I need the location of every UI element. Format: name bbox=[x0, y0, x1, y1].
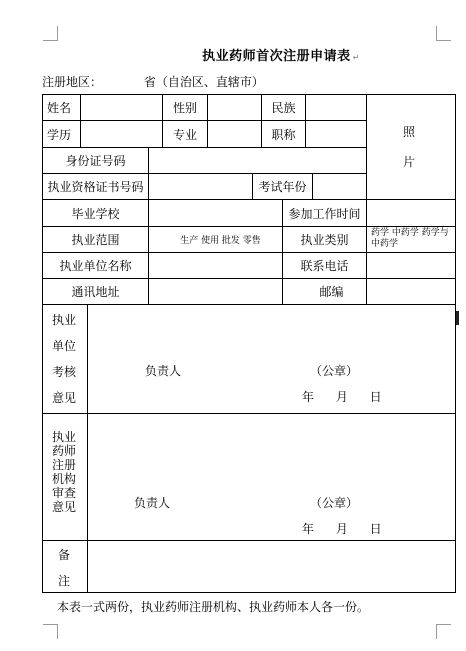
cert-number-label: 执业资格证书号码 bbox=[43, 174, 148, 199]
registry-review-label: 执业 药师 注册 机构 审查 意见 bbox=[52, 430, 76, 514]
photo-label-2: 片 bbox=[403, 153, 415, 170]
region-suffix: 省（自治区、直辖市） bbox=[144, 75, 264, 89]
unit-seal-label: （公章） bbox=[310, 362, 358, 379]
page-corner-top-left bbox=[43, 26, 58, 41]
major-field[interactable] bbox=[208, 121, 261, 147]
scope-label: 执业范围 bbox=[43, 227, 148, 252]
region-label: 注册地区： bbox=[42, 75, 102, 89]
footer-note: 本表一式两份，执业药师注册机构、执业药师本人各一份。 bbox=[57, 598, 369, 615]
work-start-label: 参加工作时间 bbox=[283, 200, 366, 226]
exam-year-label: 考试年份 bbox=[253, 174, 312, 199]
id-number-field[interactable] bbox=[149, 148, 366, 173]
page-corner-top-right bbox=[436, 26, 451, 41]
postcode-field[interactable] bbox=[367, 279, 455, 304]
unit-date-label: 年 月 日 bbox=[302, 388, 382, 405]
ethnicity-field[interactable] bbox=[306, 95, 366, 120]
address-field[interactable] bbox=[149, 279, 282, 304]
employer-label: 执业单位名称 bbox=[43, 253, 148, 278]
category-options[interactable]: 药学 中药学 药学与中药学 bbox=[367, 227, 455, 252]
exam-year-field[interactable] bbox=[313, 174, 366, 199]
registry-date-label: 年 月 日 bbox=[302, 520, 382, 537]
name-field[interactable] bbox=[81, 95, 162, 120]
unit-review-field[interactable]: 负责人 （公章） 年 月 日 bbox=[88, 305, 455, 413]
employer-field[interactable] bbox=[149, 253, 282, 278]
school-field[interactable] bbox=[149, 200, 282, 226]
major-label: 专业 bbox=[163, 121, 207, 147]
photo-label-1: 照 bbox=[403, 123, 415, 140]
registry-seal-label: （公章） bbox=[310, 494, 358, 511]
photo-box[interactable]: 照 片 bbox=[367, 95, 455, 199]
unit-responsible-label: 负责人 bbox=[145, 362, 181, 379]
address-label: 通讯地址 bbox=[43, 279, 148, 304]
work-start-field[interactable] bbox=[367, 200, 455, 226]
page-corner-bottom-right bbox=[436, 624, 451, 639]
page-corner-bottom-left bbox=[43, 624, 58, 639]
phone-field[interactable] bbox=[367, 253, 455, 278]
unit-review-label: 执业 单位 考核 意见 bbox=[52, 307, 76, 411]
postcode-label: 邮编 bbox=[283, 279, 366, 304]
document-title: 执业药师首次注册申请表↵ bbox=[0, 45, 466, 64]
registry-review-field[interactable]: 负责人 （公章） 年 月 日 bbox=[88, 414, 455, 540]
remarks-label-1: 备 bbox=[58, 546, 70, 563]
scope-options[interactable]: 生产 使用 批发 零售 bbox=[149, 227, 282, 252]
category-label: 执业类别 bbox=[283, 227, 366, 252]
id-number-label: 身份证号码 bbox=[43, 148, 148, 173]
remarks-field[interactable] bbox=[88, 541, 455, 592]
school-label: 毕业学校 bbox=[43, 200, 148, 226]
paragraph-mark-icon: ↵ bbox=[353, 53, 360, 62]
registration-region: 注册地区： 省（自治区、直辖市） bbox=[42, 73, 264, 90]
text-cursor bbox=[456, 311, 459, 325]
registry-responsible-label: 负责人 bbox=[134, 494, 170, 511]
gender-label: 性别 bbox=[163, 95, 207, 120]
phone-label: 联系电话 bbox=[283, 253, 366, 278]
cert-number-field[interactable] bbox=[149, 174, 252, 199]
job-title-label: 职称 bbox=[262, 121, 305, 147]
education-label: 学历 bbox=[43, 121, 80, 147]
job-title-field[interactable] bbox=[306, 121, 366, 147]
ethnicity-label: 民族 bbox=[262, 95, 305, 120]
remarks-label-2: 注 bbox=[58, 572, 70, 589]
name-label: 姓名 bbox=[43, 95, 80, 120]
gender-field[interactable] bbox=[208, 95, 261, 120]
education-field[interactable] bbox=[81, 121, 162, 147]
